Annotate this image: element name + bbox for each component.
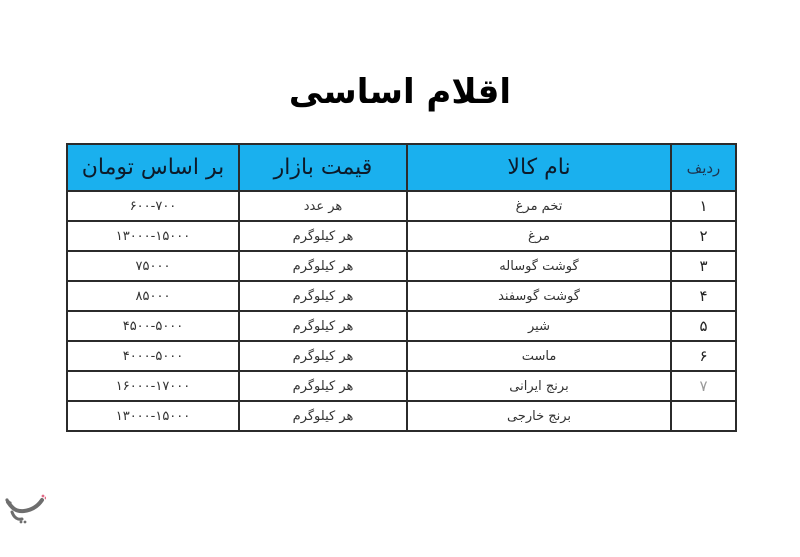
row-number: ۲ [671, 221, 736, 251]
item-name: تخم مرغ [407, 191, 671, 221]
item-price: ۷۵۰۰۰ [67, 251, 239, 281]
item-price: ۱۶۰۰۰-۱۷۰۰۰ [67, 371, 239, 401]
item-name: برنج ایرانی [407, 371, 671, 401]
item-price: ۸۵۰۰۰ [67, 281, 239, 311]
row-number: ۵ [671, 311, 736, 341]
tasnim-logo-icon [4, 492, 46, 532]
item-price: ۱۳۰۰۰-۱۵۰۰۰ [67, 221, 239, 251]
row-number [671, 401, 736, 431]
item-unit: هر عدد [239, 191, 407, 221]
table-row: ۶ ماست هر کیلوگرم ۴۰۰۰-۵۰۰۰ [67, 341, 736, 371]
item-unit: هر کیلوگرم [239, 251, 407, 281]
row-number: ۷ [671, 371, 736, 401]
table-header-row: ردیف نام کالا قیمت بازار بر اساس تومان [67, 144, 736, 191]
header-row-number: ردیف [671, 144, 736, 191]
item-price: ۱۳۰۰۰-۱۵۰۰۰ [67, 401, 239, 431]
page-title: اقلام اساسی [0, 72, 800, 112]
item-name: شیر [407, 311, 671, 341]
item-price: ۴۰۰۰-۵۰۰۰ [67, 341, 239, 371]
header-toman-price: بر اساس تومان [67, 144, 239, 191]
item-unit: هر کیلوگرم [239, 341, 407, 371]
row-number: ۱ [671, 191, 736, 221]
item-name: ماست [407, 341, 671, 371]
item-price: ۶۰۰-۷۰۰ [67, 191, 239, 221]
table-row: ۴ گوشت گوسفند هر کیلوگرم ۸۵۰۰۰ [67, 281, 736, 311]
header-item-name: نام کالا [407, 144, 671, 191]
item-name: گوشت گوسفند [407, 281, 671, 311]
item-unit: هر کیلوگرم [239, 401, 407, 431]
item-unit: هر کیلوگرم [239, 371, 407, 401]
item-name: برنج خارجی [407, 401, 671, 431]
table-row: ۱ تخم مرغ هر عدد ۶۰۰-۷۰۰ [67, 191, 736, 221]
table-row: ۳ گوشت گوساله هر کیلوگرم ۷۵۰۰۰ [67, 251, 736, 281]
item-price: ۴۵۰۰-۵۰۰۰ [67, 311, 239, 341]
table-row: ۲ مرغ هر کیلوگرم ۱۳۰۰۰-۱۵۰۰۰ [67, 221, 736, 251]
row-number: ۶ [671, 341, 736, 371]
item-unit: هر کیلوگرم [239, 311, 407, 341]
row-number: ۳ [671, 251, 736, 281]
table-row: ۷ برنج ایرانی هر کیلوگرم ۱۶۰۰۰-۱۷۰۰۰ [67, 371, 736, 401]
price-table: ردیف نام کالا قیمت بازار بر اساس تومان ۱… [66, 143, 737, 432]
row-number: ۴ [671, 281, 736, 311]
price-table-container: ردیف نام کالا قیمت بازار بر اساس تومان ۱… [66, 143, 735, 432]
item-name: گوشت گوساله [407, 251, 671, 281]
item-unit: هر کیلوگرم [239, 221, 407, 251]
item-name: مرغ [407, 221, 671, 251]
table-row: ۵ شیر هر کیلوگرم ۴۵۰۰-۵۰۰۰ [67, 311, 736, 341]
header-market-price: قیمت بازار [239, 144, 407, 191]
item-unit: هر کیلوگرم [239, 281, 407, 311]
table-row: برنج خارجی هر کیلوگرم ۱۳۰۰۰-۱۵۰۰۰ [67, 401, 736, 431]
